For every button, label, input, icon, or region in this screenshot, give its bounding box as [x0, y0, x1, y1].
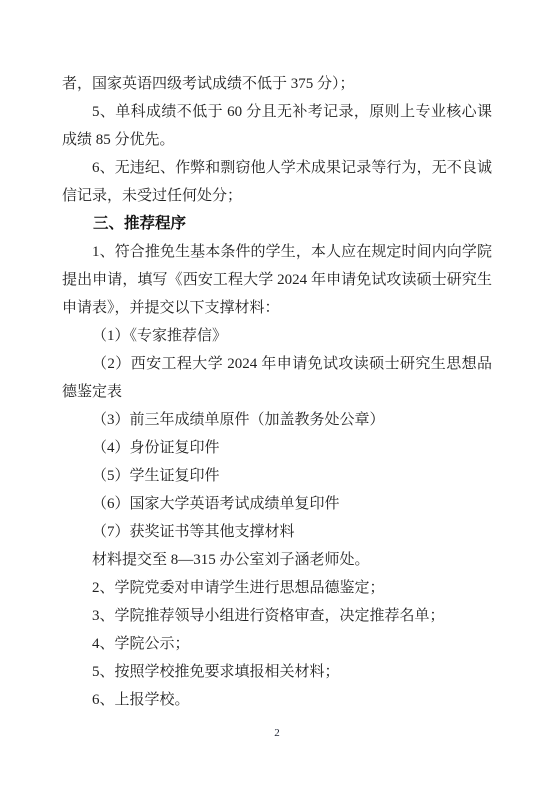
material-item-5: （5）学生证复印件	[62, 462, 492, 490]
paragraph-rule-6: 6、无违纪、作弊和剽窃他人学术成果记录等行为，无不良诚信记录，未受过任何处分；	[62, 154, 492, 210]
paragraph-submission-location: 材料提交至 8—315 办公室刘子涵老师处。	[62, 546, 492, 574]
material-item-1: （1）《专家推荐信》	[62, 322, 492, 350]
material-item-2: （2）西安工程大学 2024 年申请免试攻读硕士研究生思想品德鉴定表	[62, 350, 492, 406]
document-page: 者，国家英语四级考试成绩不低于 375 分）； 5、单科成绩不低于 60 分且无…	[0, 0, 554, 786]
paragraph-step-4: 4、学院公示；	[62, 630, 492, 658]
paragraph-step-5: 5、按照学校推免要求填报相关材料；	[62, 658, 492, 686]
paragraph-step-1: 1、符合推免生基本条件的学生，本人应在规定时间内向学院提出申请，填写《西安工程大…	[62, 238, 492, 322]
material-item-7: （7）获奖证书等其他支撑材料	[62, 518, 492, 546]
paragraph-step-6: 6、上报学校。	[62, 686, 492, 714]
material-item-4: （4）身份证复印件	[62, 434, 492, 462]
paragraph-step-3: 3、学院推荐领导小组进行资格审查，决定推荐名单；	[62, 602, 492, 630]
page-number: 2	[0, 726, 554, 740]
section-heading: 三、推荐程序	[62, 210, 492, 238]
paragraph-rule-5: 5、单科成绩不低于 60 分且无补考记录，原则上专业核心课成绩 85 分优先。	[62, 98, 492, 154]
material-item-3: （3）前三年成绩单原件（加盖教务处公章）	[62, 406, 492, 434]
material-item-6: （6）国家大学英语考试成绩单复印件	[62, 490, 492, 518]
paragraph-step-2: 2、学院党委对申请学生进行思想品德鉴定；	[62, 574, 492, 602]
document-body: 者，国家英语四级考试成绩不低于 375 分）； 5、单科成绩不低于 60 分且无…	[62, 70, 492, 714]
paragraph-english-score: 者，国家英语四级考试成绩不低于 375 分）；	[62, 70, 492, 98]
